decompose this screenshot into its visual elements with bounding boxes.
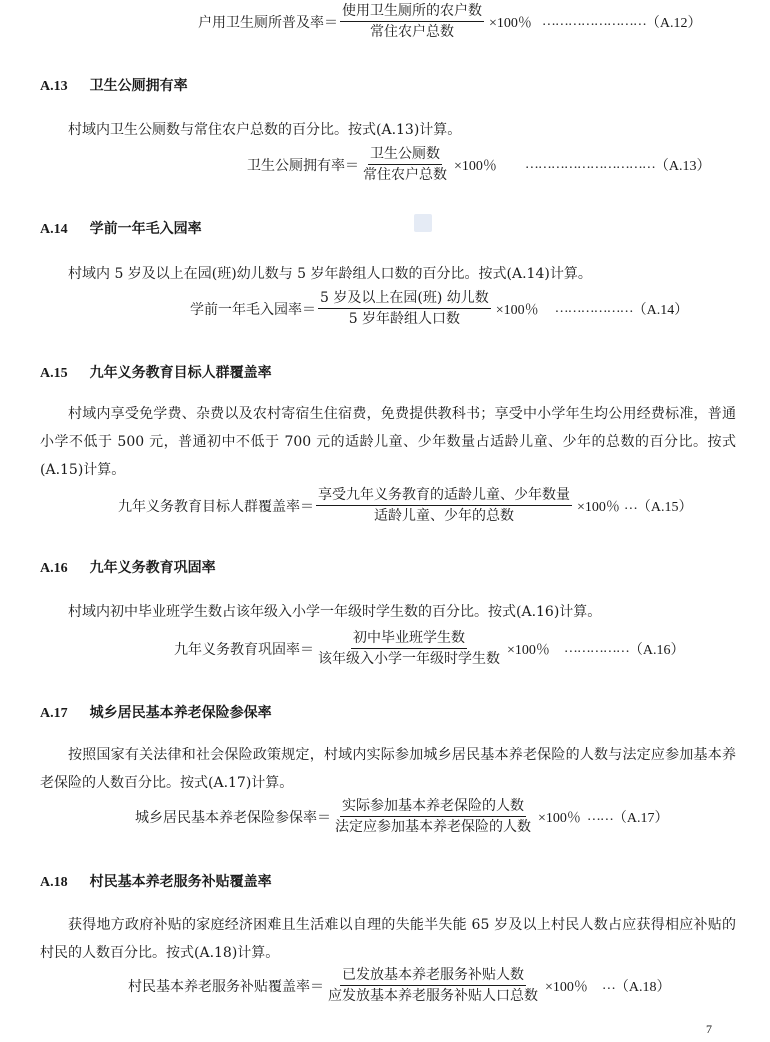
times-percent: ×100％: [454, 155, 497, 175]
section-title: 卫生公厕拥有率: [90, 78, 188, 94]
denominator: 常住农户总数: [368, 22, 456, 41]
paragraph-a16: 村域内初中毕业班学生数占该年级入小学一年级时学生数的百分比。按式(A.16)计算…: [68, 598, 601, 626]
times-percent: ×100％: [489, 12, 532, 32]
formula-lhs: 村民基本养老服务补贴覆盖率＝: [128, 976, 324, 996]
section-title: 村民基本养老服务补贴覆盖率: [90, 874, 272, 890]
equation-number: （A.17）: [613, 807, 669, 827]
section-number: A.17: [40, 706, 68, 721]
times-percent: ×100％: [507, 639, 550, 659]
section-title: 城乡居民基本养老保险参保率: [90, 705, 272, 721]
section-heading-a17: A.17城乡居民基本养老保险参保率: [40, 702, 272, 722]
formula-a16: 九年义务教育巩固率＝ 初中毕业班学生数 该年级入小学一年级时学生数 ×100％ …: [174, 629, 685, 668]
denominator: 5 岁年龄组人口数: [347, 309, 462, 328]
numerator: 已发放基本养老服务补贴人数: [340, 966, 526, 986]
fraction: 5 岁及以上在园(班) 幼儿数 5 岁年龄组人口数: [318, 289, 491, 328]
numerator: 使用卫生厕所的农户数: [340, 2, 484, 22]
section-title: 九年义务教育目标人群覆盖率: [90, 365, 272, 381]
leader-dots: ………………: [555, 301, 633, 317]
formula-lhs: 城乡居民基本养老保险参保率＝: [135, 807, 331, 827]
formula-a12: 户用卫生厕所普及率＝ 使用卫生厕所的农户数 常住农户总数 ×100％ ………………: [198, 2, 702, 41]
paragraph-a14: 村域内 5 岁及以上在园(班)幼儿数与 5 岁年龄组人口数的百分比。按式(A.1…: [68, 260, 592, 288]
equation-number: （A.14）: [633, 299, 689, 319]
times-percent: ×100％: [496, 299, 539, 319]
section-heading-a18: A.18村民基本养老服务补贴覆盖率: [40, 871, 272, 891]
leader-dots: ……………………: [542, 14, 646, 30]
section-heading-a15: A.15九年义务教育目标人群覆盖率: [40, 362, 272, 382]
section-number: A.13: [40, 79, 68, 94]
formula-a18: 村民基本养老服务补贴覆盖率＝ 已发放基本养老服务补贴人数 应发放基本养老服务补贴…: [128, 966, 671, 1005]
fraction: 已发放基本养老服务补贴人数 应发放基本养老服务补贴人口总数: [326, 966, 540, 1005]
denominator: 适龄儿童、少年的总数: [372, 506, 516, 525]
numerator: 5 岁及以上在园(班) 幼儿数: [318, 289, 491, 309]
equation-number: （A.15）: [637, 496, 693, 516]
formula-a17: 城乡居民基本养老保险参保率＝ 实际参加基本养老保险的人数 法定应参加基本养老保险…: [135, 797, 669, 836]
formula-lhs: 九年义务教育巩固率＝: [174, 639, 314, 659]
leader-dots: …: [624, 498, 637, 514]
paragraph-a17: 按照国家有关法律和社会保险政策规定，村域内实际参加城乡居民基本养老保险的人数与法…: [40, 741, 736, 797]
leader-dots: …………………………: [525, 157, 655, 173]
section-heading-a16: A.16九年义务教育巩固率: [40, 557, 216, 577]
times-percent: ×100％: [577, 496, 620, 516]
formula-a13: 卫生公厕拥有率＝ 卫生公厕数 常住农户总数 ×100％ ………………………… （…: [247, 145, 711, 184]
leader-dots: ……: [587, 809, 613, 825]
section-number: A.18: [40, 875, 68, 890]
formula-a15: 九年义务教育目标人群覆盖率＝ 享受九年义务教育的适龄儿童、少年数量 适龄儿童、少…: [118, 486, 693, 525]
leader-dots: ……………: [564, 641, 629, 657]
paragraph-a18: 获得地方政府补贴的家庭经济困难且生活难以自理的失能半失能 65 岁及以上村民人数…: [40, 911, 736, 967]
watermark-logo-icon: [414, 214, 432, 232]
section-number: A.16: [40, 561, 68, 576]
numerator: 初中毕业班学生数: [351, 629, 467, 649]
formula-lhs: 学前一年毛入园率＝: [190, 299, 316, 319]
denominator: 应发放基本养老服务补贴人口总数: [326, 986, 540, 1005]
numerator: 实际参加基本养老保险的人数: [340, 797, 526, 817]
section-title: 学前一年毛入园率: [90, 221, 202, 237]
times-percent: ×100％: [538, 807, 581, 827]
numerator: 卫生公厕数: [368, 145, 442, 165]
section-heading-a13: A.13卫生公厕拥有率: [40, 75, 188, 95]
formula-lhs: 卫生公厕拥有率＝: [247, 155, 359, 175]
fraction: 使用卫生厕所的农户数 常住农户总数: [340, 2, 484, 41]
fraction: 卫生公厕数 常住农户总数: [361, 145, 449, 184]
formula-a14: 学前一年毛入园率＝ 5 岁及以上在园(班) 幼儿数 5 岁年龄组人口数 ×100…: [190, 289, 688, 328]
section-heading-a14: A.14学前一年毛入园率: [40, 218, 202, 238]
page-number: 7: [706, 1022, 712, 1037]
formula-lhs: 户用卫生厕所普及率＝: [198, 12, 338, 32]
denominator: 法定应参加基本养老保险的人数: [333, 817, 533, 836]
fraction: 实际参加基本养老保险的人数 法定应参加基本养老保险的人数: [333, 797, 533, 836]
formula-lhs: 九年义务教育目标人群覆盖率＝: [118, 496, 314, 516]
paragraph-a13: 村域内卫生公厕数与常住农户总数的百分比。按式(A.13)计算。: [68, 116, 461, 144]
paragraph-a15: 村域内享受免学费、杂费以及农村寄宿生住宿费，免费提供教科书；享受中小学年生均公用…: [40, 400, 736, 484]
section-title: 九年义务教育巩固率: [90, 560, 216, 576]
fraction: 初中毕业班学生数 该年级入小学一年级时学生数: [316, 629, 502, 668]
equation-number: （A.12）: [646, 12, 702, 32]
denominator: 常住农户总数: [361, 165, 449, 184]
equation-number: （A.13）: [655, 155, 711, 175]
equation-number: （A.18）: [615, 976, 671, 996]
fraction: 享受九年义务教育的适龄儿童、少年数量 适龄儿童、少年的总数: [316, 486, 572, 525]
denominator: 该年级入小学一年级时学生数: [316, 649, 502, 668]
section-number: A.15: [40, 366, 68, 381]
section-number: A.14: [40, 222, 68, 237]
equation-number: （A.16）: [629, 639, 685, 659]
times-percent: ×100％: [545, 976, 588, 996]
numerator: 享受九年义务教育的适龄儿童、少年数量: [316, 486, 572, 506]
leader-dots: …: [602, 978, 615, 994]
